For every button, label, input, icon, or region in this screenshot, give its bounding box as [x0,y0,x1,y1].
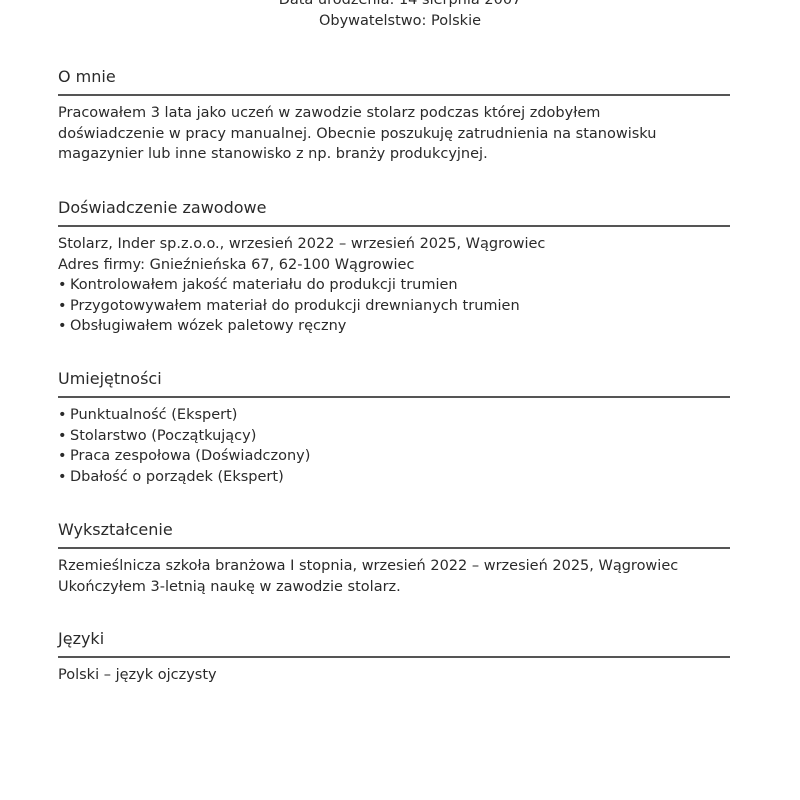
list-item: •Stolarstwo (Początkujący) [58,426,730,447]
section-title-about: O mnie [58,67,730,96]
section-title-education: Wykształcenie [58,520,730,549]
bullet-icon: • [58,275,70,296]
skill-text: Punktualność (Ekspert) [70,407,237,423]
job-duties-list: •Kontrolowałem jakość materiału do produ… [58,275,730,337]
duty-text: Kontrolowałem jakość materiału do produk… [70,277,458,293]
section-languages: Języki Polski – język ojczysty [58,629,730,686]
experience-body: Stolarz, Inder sp.z.o.o., wrzesień 2022 … [58,234,730,337]
section-about: O mnie Pracowałem 3 lata jako uczeń w za… [58,67,730,165]
citizenship: Obywatelstwo: Polskie [0,11,800,32]
about-text: Pracowałem 3 lata jako uczeń w zawodzie … [58,103,730,165]
bullet-icon: • [58,467,70,488]
school-line: Rzemieślnicza szkoła branżowa I stopnia,… [58,556,730,577]
section-skills: Umiejętności •Punktualność (Ekspert) •St… [58,369,730,487]
bullet-icon: • [58,316,70,337]
section-experience: Doświadczenie zawodowe Stolarz, Inder sp… [58,198,730,337]
section-title-experience: Doświadczenie zawodowe [58,198,730,227]
list-item: •Przygotowywałem materiał do produkcji d… [58,296,730,317]
skill-text: Praca zespołowa (Doświadczony) [70,448,310,464]
personal-info-header: Data urodzenia: 14 sierpnia 2007 Obywate… [0,0,800,32]
section-title-languages: Języki [58,629,730,658]
birth-date: Data urodzenia: 14 sierpnia 2007 [0,0,800,11]
language-item: Polski – język ojczysty [58,665,730,686]
list-item: •Praca zespołowa (Doświadczony) [58,446,730,467]
about-line: magazynier lub inne stanowisko z np. bra… [58,144,730,165]
list-item: •Kontrolowałem jakość materiału do produ… [58,275,730,296]
bullet-icon: • [58,426,70,447]
duty-text: Obsługiwałem wózek paletowy ręczny [70,318,346,334]
about-line: Pracowałem 3 lata jako uczeń w zawodzie … [58,103,730,124]
skill-text: Dbałość o porządek (Ekspert) [70,469,284,485]
bullet-icon: • [58,405,70,426]
job-position-line: Stolarz, Inder sp.z.o.o., wrzesień 2022 … [58,234,730,255]
bullet-icon: • [58,296,70,317]
section-education: Wykształcenie Rzemieślnicza szkoła branż… [58,520,730,597]
section-title-skills: Umiejętności [58,369,730,398]
list-item: •Dbałość o porządek (Ekspert) [58,467,730,488]
education-description: Ukończyłem 3-letnią naukę w zawodzie sto… [58,577,730,598]
skill-text: Stolarstwo (Początkujący) [70,428,256,444]
duty-text: Przygotowywałem materiał do produkcji dr… [70,298,520,314]
education-body: Rzemieślnicza szkoła branżowa I stopnia,… [58,556,730,597]
about-line: doświadczenie w pracy manualnej. Obecnie… [58,124,730,145]
list-item: •Punktualność (Ekspert) [58,405,730,426]
list-item: •Obsługiwałem wózek paletowy ręczny [58,316,730,337]
skills-list: •Punktualność (Ekspert) •Stolarstwo (Poc… [58,405,730,487]
bullet-icon: • [58,446,70,467]
languages-body: Polski – język ojczysty [58,665,730,686]
company-address-line: Adres firmy: Gnieźnieńska 67, 62-100 Wąg… [58,255,730,276]
skills-body: •Punktualność (Ekspert) •Stolarstwo (Poc… [58,405,730,487]
cv-page: Data urodzenia: 14 sierpnia 2007 Obywate… [0,0,800,800]
